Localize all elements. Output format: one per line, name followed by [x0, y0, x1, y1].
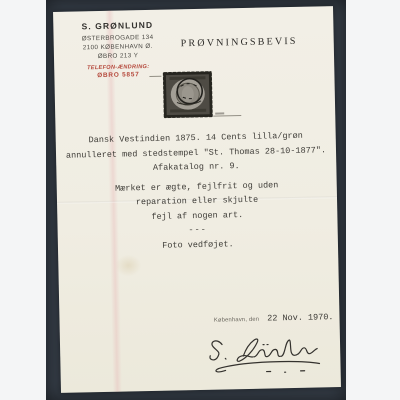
page: S. GRØNLUND ØSTERBROGADE 134 2100 KØBENH…: [0, 0, 400, 400]
dateline: København, den 22 Nov. 1970.: [214, 312, 334, 325]
letterhead: S. GRØNLUND ØSTERBROGADE 134 2100 KØBENH…: [67, 20, 168, 80]
signature: [206, 330, 327, 381]
paper-stain: [110, 250, 147, 281]
stamp-graphic: [162, 71, 213, 119]
certificate-photo: S. GRØNLUND ØSTERBROGADE 134 2100 KØBENH…: [46, 0, 346, 400]
certificate-paper: S. GRØNLUND ØSTERBROGADE 134 2100 KØBENH…: [53, 6, 341, 393]
date-value: 22 Nov. 1970.: [267, 312, 334, 323]
stamp-image: [162, 71, 213, 119]
expert-mark-left: [149, 76, 161, 80]
certificate-title: PRØVNINGSBEVIS: [181, 36, 298, 49]
certificate-body: Dansk Vestindien 1875. 14 Cents lilla/gr…: [56, 128, 338, 255]
signature-graphic: [206, 330, 327, 381]
place-label: København, den: [214, 317, 259, 324]
expert-mark-right: [213, 115, 241, 120]
letterhead-name: S. GRØNLUND: [67, 20, 167, 32]
